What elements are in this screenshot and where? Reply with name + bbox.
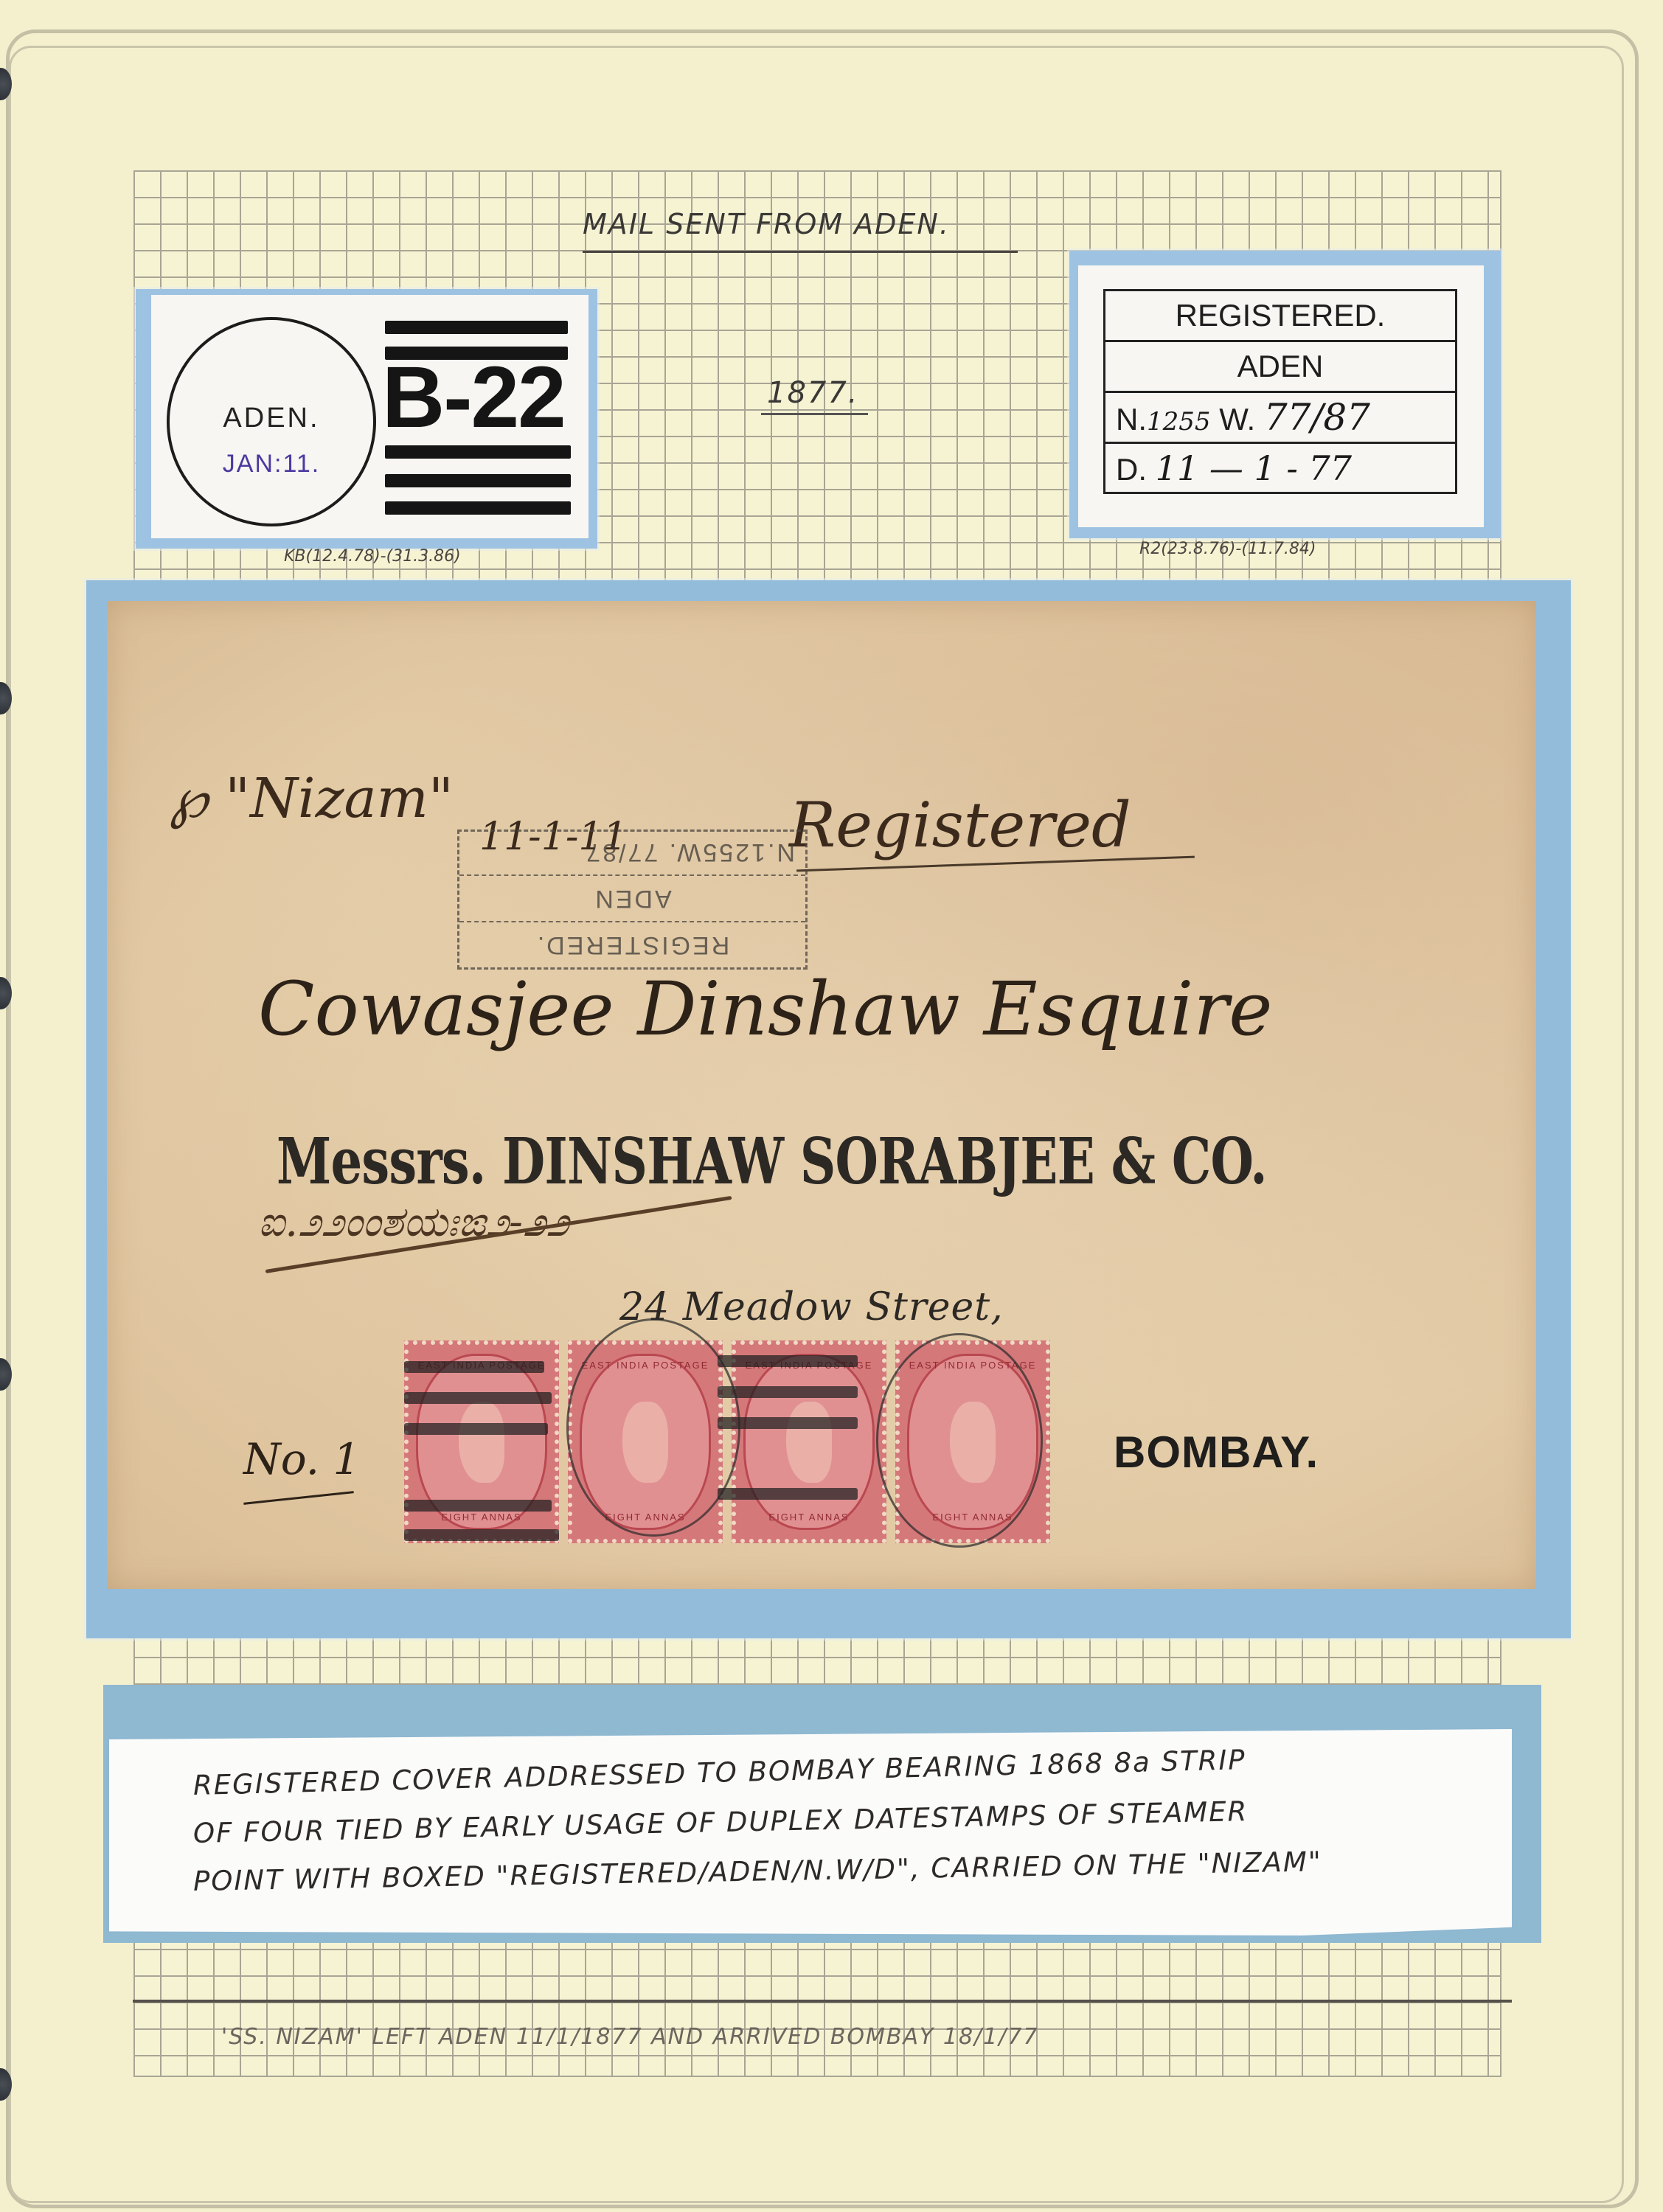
row-d-prefix: D. — [1116, 452, 1147, 487]
cancel-bar — [718, 1386, 858, 1398]
inverted-row: N.1255W. 77/87 — [459, 828, 805, 874]
obliterator-bar — [385, 501, 571, 515]
printed-city: BOMBAY. — [1114, 1427, 1319, 1478]
year-heading: 1877. — [767, 376, 859, 410]
registered-row-number: N.1255 W. 77/87 — [1105, 393, 1455, 444]
obliterator-bar — [385, 321, 568, 334]
row-n-handwritten: 77/87 — [1264, 396, 1370, 439]
duplex-datestamp-ring — [566, 1318, 740, 1537]
row-n-number: 1255 — [1147, 407, 1211, 437]
registered-handstamp: REGISTERED. ADEN N.1255 W. 77/87 D. 11 —… — [1103, 289, 1457, 494]
registered-caption: R2(23.8.76)-(11.7.84) — [1139, 540, 1316, 558]
cancel-bar — [718, 1355, 858, 1367]
footer-rule — [133, 2000, 1512, 2003]
duplex-datestamp-ring — [876, 1333, 1043, 1548]
title-underline — [583, 251, 1018, 253]
queen-victoria-portrait-icon — [459, 1402, 504, 1483]
page-title: MAIL SENT FROM ADEN. — [583, 208, 950, 240]
voyage-note: 'SS. NIZAM' LEFT ADEN 11/1/1877 AND ARRI… — [221, 2024, 1039, 2050]
stamp-strip-of-four: EAST INDIA POSTAGE EIGHT ANNAS EAST INDI… — [404, 1340, 1057, 1543]
year-underline — [761, 413, 868, 415]
ship-endorsement: ℘ "Nizam" — [170, 767, 454, 830]
inverted-row: ADEN — [459, 874, 805, 921]
manuscript-number: No. 1 — [243, 1434, 360, 1484]
cancel-bar — [404, 1423, 548, 1435]
obliterator-bar — [385, 474, 571, 487]
cancel-bar — [404, 1392, 552, 1404]
cancel-bar — [718, 1488, 858, 1500]
stamp-eight-annas: EAST INDIA POSTAGE EIGHT ANNAS — [732, 1340, 886, 1543]
row-d-handwritten: 11 — 1 - 77 — [1156, 448, 1352, 488]
registered-row-town: ADEN — [1105, 342, 1455, 393]
registered-row-date: D. 11 — 1 - 77 — [1105, 444, 1455, 495]
b22-caption: KB(12.4.78)-(31.3.86) — [284, 547, 461, 566]
datestamp-town: ADEN. — [170, 403, 373, 434]
aden-datestamp: ADEN. JAN:11. — [167, 317, 376, 526]
datestamp-date: JAN:11. — [170, 450, 373, 479]
row-n-prefix: N. — [1116, 402, 1147, 437]
manuscript-registered: Registered — [789, 789, 1131, 861]
inverted-row: REGISTERED. — [459, 921, 805, 967]
obliterator-bar — [385, 445, 571, 459]
registered-row-label: REGISTERED. — [1105, 291, 1455, 342]
printed-firm-name: Messrs. DINSHAW SORABJEE & CO. — [277, 1124, 1267, 1199]
cancel-bar — [404, 1361, 544, 1373]
queen-victoria-portrait-icon — [786, 1402, 832, 1483]
inverted-registered-handstamp: REGISTERED. ADEN N.1255W. 77/87 — [457, 829, 808, 970]
row-n-w: W. — [1219, 402, 1255, 437]
manuscript-addressee: Cowasjee Dinshaw Esquire — [258, 966, 1272, 1052]
b22-numeral: B-22 — [382, 354, 565, 441]
vernacular-manuscript: ಐ.೨೨ಂಂಶಯಃಙ೨-೨೨ — [258, 1198, 569, 1247]
cancel-bar — [404, 1500, 552, 1512]
cancel-bar — [404, 1529, 559, 1541]
